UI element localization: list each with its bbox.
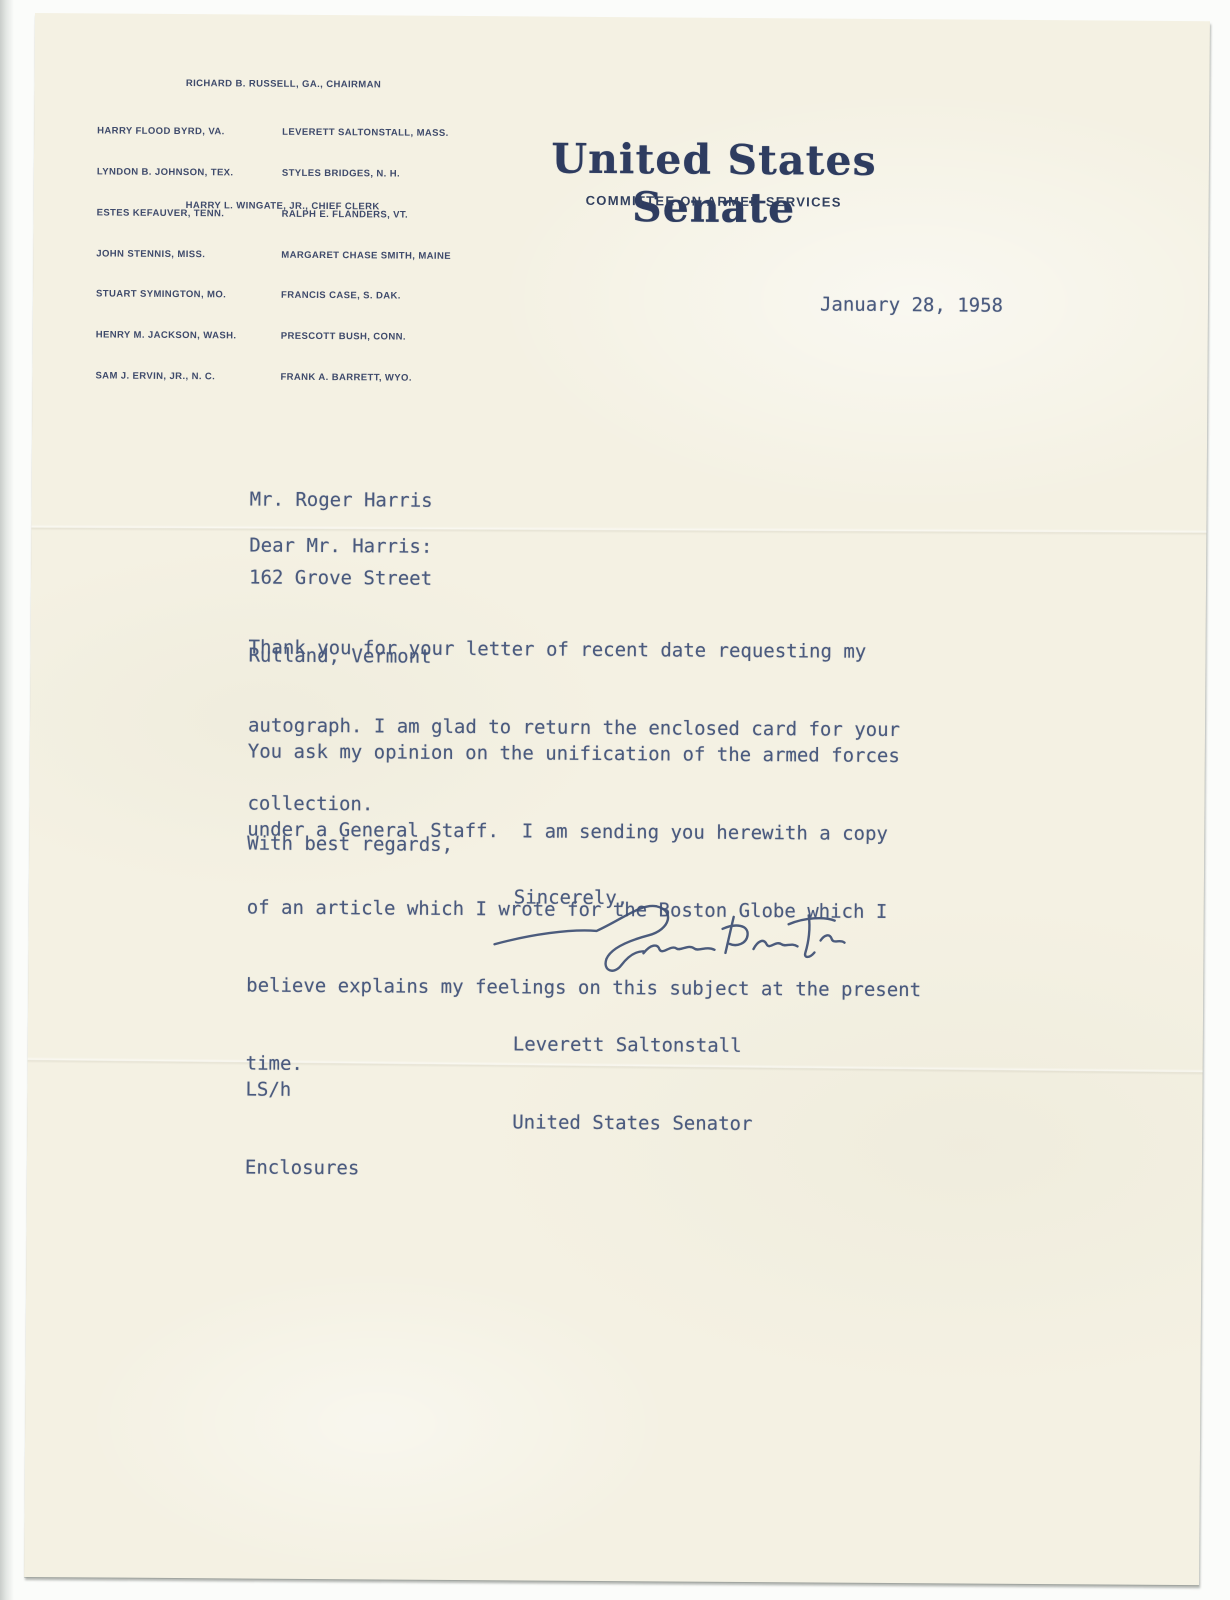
letterhead-member: HENRY M. JACKSON, WASH. [96,329,237,344]
signature-name: Leverett Saltonstall [513,1031,753,1059]
letterhead-members-right: LEVERETT SALTONSTALL, MASS. STYLES BRIDG… [280,99,452,413]
letterhead-chairman: RICHARD B. RUSSELL, GA., CHAIRMAN [97,77,469,91]
reference-block: LS/h Enclosures [244,1024,360,1233]
letterhead-member: JOHN STENNIS, MISS. [96,247,237,262]
recipient-name: Mr. Roger Harris [250,487,433,514]
signature-block: Leverett Saltonstall United States Senat… [512,979,754,1189]
letterhead-member: STUART SYMINGTON, MO. [96,288,237,303]
letterhead-member: STYLES BRIDGES, N. H. [282,167,452,182]
regards-line: With best regards, [247,831,453,858]
letterhead-member: HARRY FLOOD BYRD, VA. [97,125,238,140]
signature-title: United States Senator [512,1109,752,1137]
signature-icon [490,898,851,989]
salutation: Dear Mr. Harris: [249,533,432,560]
letterhead-member: FRANK A. BARRETT, WYO. [280,371,450,386]
letterhead-members-left: HARRY FLOOD BYRD, VA. LYNDON B. JOHNSON,… [95,97,238,411]
scan-edge-shadow [0,0,14,1600]
letterhead-member: MARGARET CHASE SMITH, MAINE [281,248,451,263]
letterhead-member: LEVERETT SALTONSTALL, MASS. [282,126,452,141]
letterhead-member: LYNDON B. JOHNSON, TEX. [97,165,238,180]
body-line: Thank you for your letter of recent date… [248,635,900,666]
paper-fold-crease [31,525,1206,536]
enclosures-note: Enclosures [245,1154,360,1181]
body-line: You ask my opinion on the unification of… [248,739,923,770]
signature-autograph [490,898,851,989]
letterhead-member: SAM J. ERVIN, JR., N. C. [95,369,236,384]
letterhead-title: United States Senate [478,134,949,233]
reference-initials: LS/h [245,1076,360,1103]
letterhead-member: FRANCIS CASE, S. DAK. [281,289,451,304]
letterhead-member: PRESCOTT BUSH, CONN. [281,330,451,345]
letter-date: January 28, 1958 [820,291,1003,318]
letter-page: RICHARD B. RUSSELL, GA., CHAIRMAN HARRY … [24,13,1210,1585]
